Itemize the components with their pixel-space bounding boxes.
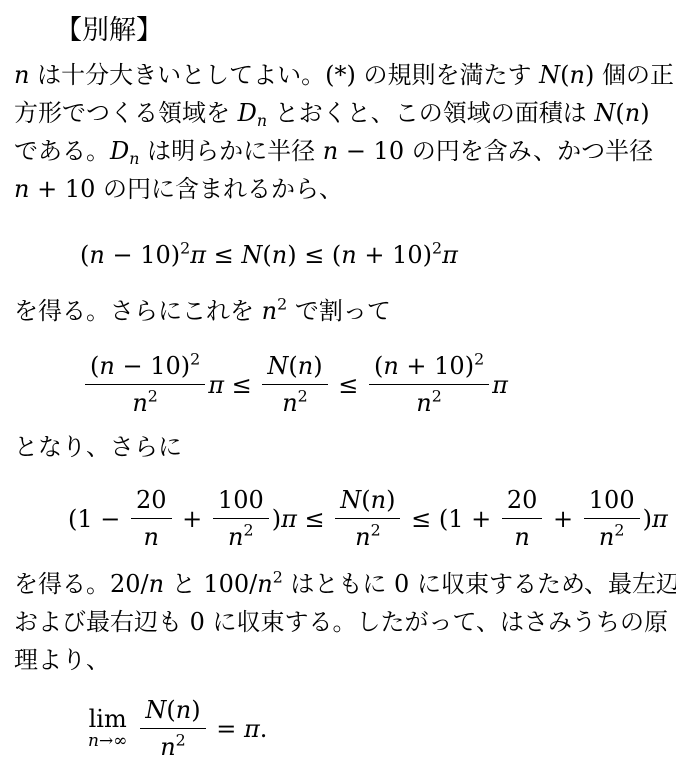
paragraph-line: である。Dn は明らかに半径 n − 10 の円を含み、かつ半径: [14, 132, 662, 170]
paragraph-line: を得る。20/n と 100/n2 はともに 0 に収束するため、最左辺: [14, 565, 662, 603]
numerator: 20: [502, 484, 543, 519]
fraction: (n − 10)2 n2: [85, 350, 205, 419]
denominator: n: [139, 519, 164, 553]
paragraph-line: 方形でつくる領域を Dn とおくと、この領域の面積は N(n): [14, 94, 662, 132]
section-heading: 【別解】: [55, 14, 662, 48]
numerator: N(n): [335, 484, 400, 519]
denominator: n2: [127, 385, 163, 419]
denominator: n2: [350, 519, 386, 553]
numerator: N(n): [262, 350, 327, 385]
paragraph-intro: n は十分大きいとしてよい。(*) の規則を満たす N(n) 個の正 方形でつく…: [14, 56, 662, 208]
display-formula-area-bounds: (n − 10)2π ≤ N(n) ≤ (n + 10)2π: [80, 236, 662, 274]
paragraph-squeeze: を得る。20/n と 100/n2 はともに 0 に収束するため、最左辺 および…: [14, 565, 662, 679]
paragraph-line: および最右辺も 0 に収束する。したがって、はさみうちの原: [14, 603, 662, 641]
numerator: (n + 10)2: [369, 350, 489, 385]
paragraph-divide-by-n2: を得る。さらにこれを n2 で割って: [14, 292, 662, 330]
fraction: 20 n: [502, 484, 543, 553]
denominator: n: [509, 519, 534, 553]
formula-pi-symbol: π: [492, 370, 508, 400]
document-page: 【別解】 n は十分大きいとしてよい。(*) の規則を満たす N(n) 個の正 …: [0, 0, 676, 766]
formula-operator: +: [545, 504, 580, 534]
formula-close-paren: )π: [643, 504, 668, 534]
fraction: 100 n2: [584, 484, 640, 553]
formula-operator: +: [175, 504, 210, 534]
denominator: n2: [277, 385, 313, 419]
formula-operator: π ≤: [208, 370, 259, 400]
formula-operator: )π ≤: [272, 504, 333, 534]
display-formula-divided: (n − 10)2 n2 π ≤ N(n) n2 ≤ (n + 10)2 n2 …: [82, 350, 662, 419]
formula-operator: ≤: [331, 370, 366, 400]
lim-subscript: n→∞: [88, 731, 127, 752]
limit-operator: lim n→∞: [88, 704, 127, 752]
denominator: n2: [155, 729, 191, 763]
denominator: n2: [411, 385, 447, 419]
fraction: N(n) n2: [262, 350, 327, 419]
paragraph-line: 理より、: [14, 641, 662, 679]
lim-word: lim: [89, 704, 127, 734]
paragraph-line: n + 10 の円に含まれるから、: [14, 170, 662, 208]
numerator: (n − 10)2: [85, 350, 205, 385]
paragraph-line: n は十分大きいとしてよい。(*) の規則を満たす N(n) 個の正: [14, 56, 662, 94]
fraction: N(n) n2: [140, 694, 205, 763]
display-formula-expanded: (1 − 20 n + 100 n2 )π ≤ N(n) n2 ≤ (1 + 2…: [68, 484, 662, 553]
fraction: 100 n2: [213, 484, 269, 553]
formula-open-paren: (1 −: [68, 504, 128, 534]
formula-result: = π.: [209, 714, 268, 744]
fraction: 20 n: [131, 484, 172, 553]
numerator: 100: [584, 484, 640, 519]
denominator: n2: [594, 519, 630, 553]
denominator: n2: [223, 519, 259, 553]
paragraph-tonari: となり、さらに: [14, 428, 662, 466]
numerator: 100: [213, 484, 269, 519]
formula-operator: ≤ (1 +: [403, 504, 498, 534]
display-formula-limit: lim n→∞ N(n) n2 = π.: [88, 694, 662, 763]
fraction: (n + 10)2 n2: [369, 350, 489, 419]
fraction: N(n) n2: [335, 484, 400, 553]
numerator: N(n): [140, 694, 205, 729]
numerator: 20: [131, 484, 172, 519]
